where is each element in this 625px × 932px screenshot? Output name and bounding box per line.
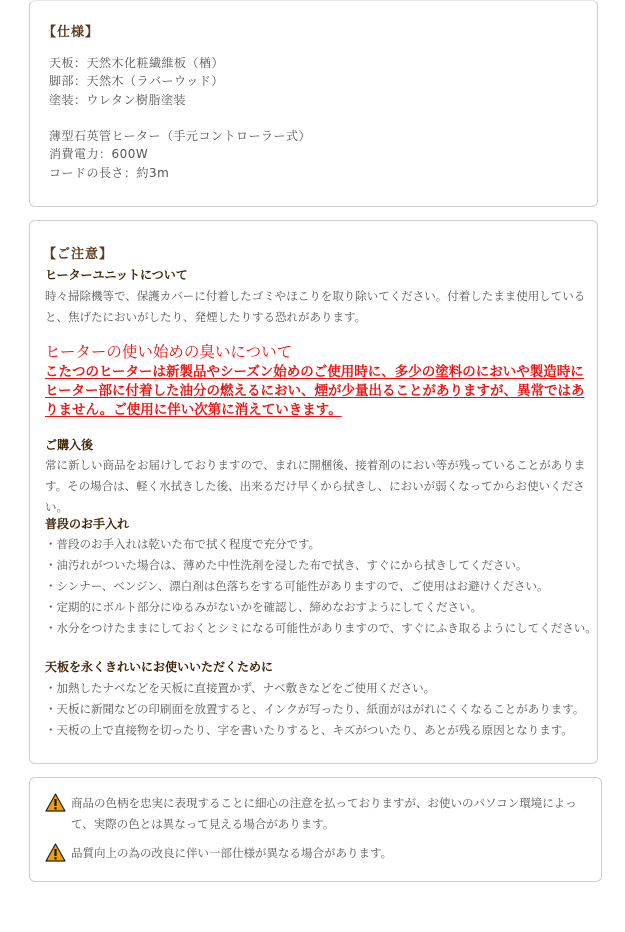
heater-unit-text: 時々掃除機等で、保護カバーに付着したゴミやほこりを取り除いてください。付着したま… — [45, 286, 590, 328]
warning-icon — [45, 843, 66, 862]
smell-heading: ヒーターの使い始めの臭いについて — [45, 340, 292, 362]
note-text: 商品の色柄を忠実に表現することに細心の注意を払っておりますが、お使いのパソコン環… — [71, 793, 590, 835]
notes-box: 商品の色柄を忠実に表現することに細心の注意を払っておりますが、お使いのパソコン環… — [29, 777, 602, 882]
tabletop-item: ・加熱したナベなどを天板に直接置かず、ナベ敷きなどをご使用ください。 — [45, 680, 435, 696]
daily-care-item: ・油汚れがついた場合は、薄めた中性洗剤を浸した布で拭き、すぐにから拭きしてくださ… — [45, 557, 528, 573]
spec-line-heater: 薄型石英管ヒーター（手元コントローラー式） — [49, 127, 311, 144]
spec-line-power: 消費電力：600W — [49, 145, 148, 162]
spec-line-cord: コードの長さ：約3m — [49, 164, 169, 181]
warning-icon — [45, 793, 66, 812]
note-color-accuracy: 商品の色柄を忠実に表現することに細心の注意を払っておりますが、お使いのパソコン環… — [45, 793, 590, 835]
spec-title: 【仕様】 — [43, 21, 99, 40]
caution-box: 【ご注意】 ヒーターユニットについて 時々掃除機等で、保護カバーに付着したゴミや… — [29, 220, 598, 764]
spec-line-tabletop: 天板：天然木化粧繊維板（楢） — [49, 54, 224, 71]
tabletop-heading: 天板を永くきれいにお使いいただくために — [45, 658, 273, 675]
daily-care-item: ・シンナー、ベンジン、漂白剤は色落ちをする可能性がありますので、ご使用はお避けく… — [45, 578, 549, 594]
note-spec-change: 品質向上の為の改良に伴い一部仕様が異なる場合があります。 — [45, 843, 590, 864]
tabletop-item: ・天板の上で直接物を切ったり、字を書いたりすると、キズがついたり、あとが残る原因… — [45, 722, 573, 738]
smell-text: こたつのヒーターは新製品やシーズン始めのご使用時に、多少の塗料のにおいや製造時に… — [45, 363, 595, 420]
spec-line-legs: 脚部：天然木（ラバーウッド） — [49, 72, 224, 89]
spec-box: 【仕様】 天板：天然木化粧繊維板（楢） 脚部：天然木（ラバーウッド） 塗装：ウレ… — [29, 0, 598, 207]
after-purchase-heading: ご購入後 — [45, 436, 93, 453]
daily-care-item: ・普段のお手入れは乾いた布で拭く程度で充分です。 — [45, 536, 320, 552]
tabletop-item: ・天板に新聞などの印刷面を放置すると、インクが写ったり、紙面がはがれにくくなるこ… — [45, 701, 584, 717]
heater-unit-heading: ヒーターユニットについて — [45, 266, 188, 283]
note-text: 品質向上の為の改良に伴い一部仕様が異なる場合があります。 — [71, 843, 392, 864]
daily-care-heading: 普段のお手入れ — [45, 515, 129, 532]
daily-care-item: ・定期的にボルト部分にゆるみがないかを確認し、締めなおすようにしてください。 — [45, 599, 482, 615]
after-purchase-text: 常に新しい商品をお届けしておりますので、まれに開梱後、接着剤のにおい等が残ってい… — [45, 455, 590, 518]
caution-title: 【ご注意】 — [43, 243, 113, 262]
daily-care-item: ・水分をつけたままにしておくとシミになる可能性がありますので、すぐにふき取るよう… — [45, 620, 597, 636]
spec-line-finish: 塗装：ウレタン樹脂塗装 — [49, 91, 186, 108]
